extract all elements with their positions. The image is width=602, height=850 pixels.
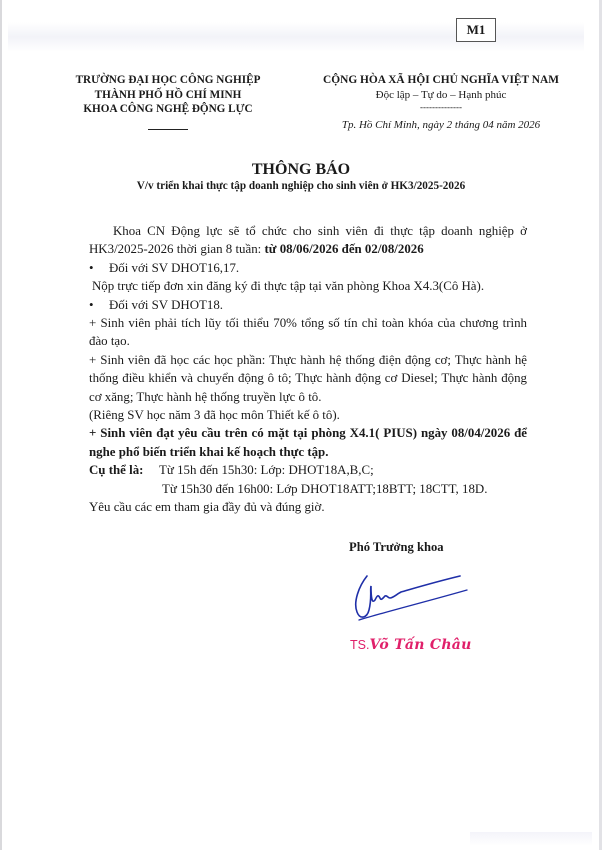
divider: -------------- bbox=[296, 103, 586, 112]
signer-degree: TS. bbox=[350, 638, 369, 652]
requirement-credits: + Sinh viên phải tích lũy tối thiểu 70% … bbox=[89, 314, 527, 351]
document-subject: V/v triển khai thực tập doanh nghiệp cho… bbox=[0, 180, 602, 192]
schedule-label: Cụ thể là: bbox=[89, 461, 159, 479]
schedule-slot-text: Từ 15h đến 15h30: Lớp: DHOT18A,B,C; bbox=[159, 463, 374, 477]
group-text: Nộp trực tiếp đơn xin đăng ký đi thực tậ… bbox=[89, 277, 527, 295]
signer-position: Phó Trưởng khoa bbox=[349, 540, 444, 555]
meeting-notice: + Sinh viên đạt yêu cầu trên có mặt tại … bbox=[89, 424, 527, 461]
document-body: Khoa CN Động lực sẽ tổ chức cho sinh viê… bbox=[89, 222, 527, 517]
issuing-organization: TRƯỜNG ĐẠI HỌC CÔNG NGHIỆP THÀNH PHỐ HỒ … bbox=[62, 73, 274, 130]
requirement-courses: + Sinh viên đã học các học phần: Thực hà… bbox=[89, 351, 527, 406]
org-line: THÀNH PHỐ HỒ CHÍ MINH bbox=[62, 88, 274, 103]
org-line: KHOA CÔNG NGHỆ ĐỘNG LỰC bbox=[62, 102, 274, 117]
schedule-slot: Cụ thể là:Từ 15h đến 15h30: Lớp: DHOT18A… bbox=[89, 461, 527, 479]
divider bbox=[148, 129, 188, 130]
bullet-item: •Đối với SV DHOT16,17. bbox=[89, 259, 527, 277]
group-heading: Đối với SV DHOT18. bbox=[109, 298, 223, 312]
group-heading: Đối với SV DHOT16,17. bbox=[109, 261, 239, 275]
page-edge bbox=[0, 0, 2, 850]
handwritten-signature-icon bbox=[345, 568, 475, 628]
intro-paragraph: Khoa CN Động lực sẽ tổ chức cho sinh viê… bbox=[89, 222, 527, 259]
national-header: CỘNG HÒA XÃ HỘI CHỦ NGHĨA VIỆT NAM Độc l… bbox=[296, 73, 586, 133]
schedule-slot: Từ 15h30 đến 16h00: Lớp DHOT18ATT;18BTT;… bbox=[89, 480, 527, 498]
bullet-item: •Đối với SV DHOT18. bbox=[89, 296, 527, 314]
document-title: THÔNG BÁO bbox=[0, 161, 602, 179]
requirement-note: (Riêng SV học năm 3 đã học môn Thiết kế … bbox=[89, 406, 527, 424]
signer-fullname: Võ Tấn Châu bbox=[369, 637, 471, 653]
nation-name: CỘNG HÒA XÃ HỘI CHỦ NGHĨA VIỆT NAM bbox=[296, 73, 586, 88]
signer-name: TS.Võ Tấn Châu bbox=[350, 637, 472, 653]
scan-artifact bbox=[470, 832, 592, 846]
bullet-icon: • bbox=[89, 296, 109, 314]
bullet-icon: • bbox=[89, 259, 109, 277]
place-date: Tp. Hồ Chí Minh, ngày 2 tháng 04 năm 202… bbox=[296, 118, 586, 133]
scan-artifact bbox=[8, 22, 584, 52]
org-line: TRƯỜNG ĐẠI HỌC CÔNG NGHIỆP bbox=[62, 73, 274, 88]
form-code-box: M1 bbox=[456, 18, 496, 42]
closing-request: Yêu cầu các em tham gia đầy đủ và đúng g… bbox=[89, 498, 527, 516]
national-motto: Độc lập – Tự do – Hạnh phúc bbox=[296, 88, 586, 103]
internship-period: từ 08/06/2026 đến 02/08/2026 bbox=[264, 242, 423, 256]
